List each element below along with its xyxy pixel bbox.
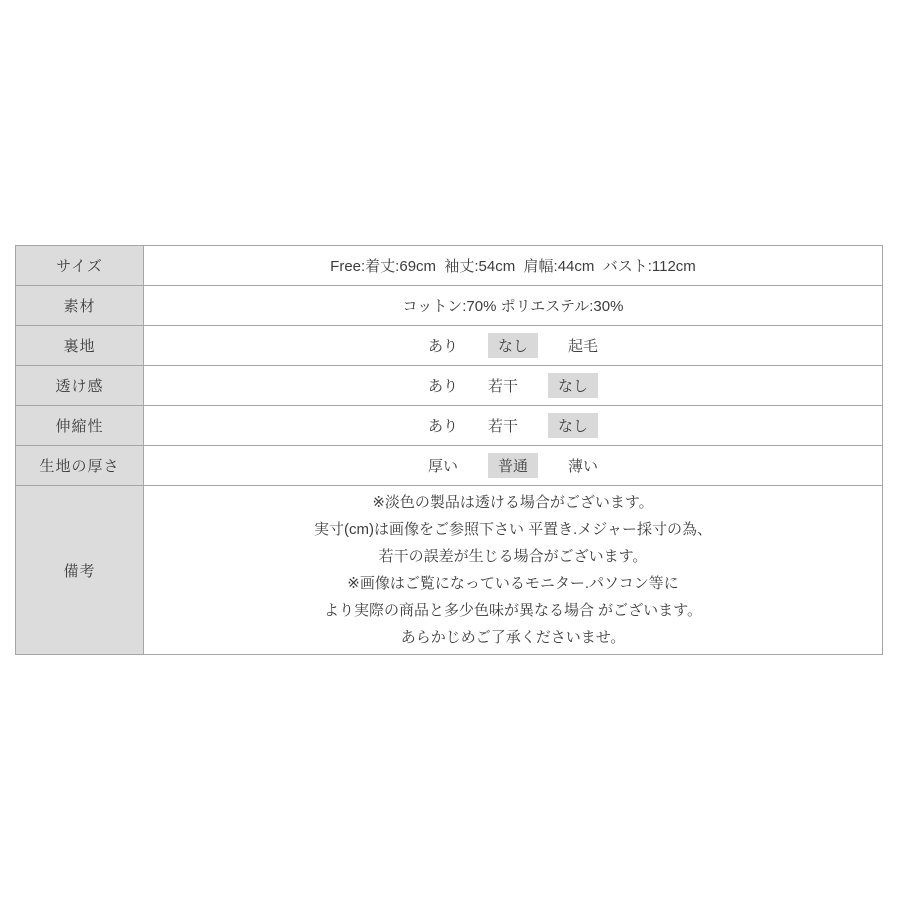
- sheerness-option-yes: あり: [428, 375, 458, 396]
- size-label: サイズ: [16, 246, 144, 285]
- notes-label: 備考: [16, 486, 144, 654]
- spec-row-size: サイズ Free:着丈:69cm 袖丈:54cm 肩幅:44cm バスト:112…: [16, 246, 882, 285]
- sheerness-options: あり 若干 なし: [144, 366, 882, 405]
- notes-value: ※淡色の製品は透ける場合がございます。 実寸(cm)は画像をご参照下さい 平置き…: [144, 486, 882, 654]
- material-value: コットン:70% ポリエステル:30%: [144, 286, 882, 325]
- thickness-option-thick: 厚い: [428, 455, 458, 476]
- stretch-label: 伸縮性: [16, 406, 144, 445]
- note-line-4: ※画像はご覧になっているモニター.パソコン等に: [347, 570, 678, 597]
- product-spec-table: サイズ Free:着丈:69cm 袖丈:54cm 肩幅:44cm バスト:112…: [15, 245, 883, 655]
- spec-row-sheerness: 透け感 あり 若干 なし: [16, 365, 882, 405]
- spec-row-thickness: 生地の厚さ 厚い 普通 薄い: [16, 445, 882, 485]
- thickness-option-normal: 普通: [488, 453, 538, 478]
- product-spec-page: サイズ Free:着丈:69cm 袖丈:54cm 肩幅:44cm バスト:112…: [0, 0, 900, 900]
- spec-row-stretch: 伸縮性 あり 若干 なし: [16, 405, 882, 445]
- thickness-option-thin: 薄い: [568, 455, 598, 476]
- sheerness-label: 透け感: [16, 366, 144, 405]
- spec-row-lining: 裏地 あり なし 起毛: [16, 325, 882, 365]
- note-line-6: あらかじめご了承くださいませ。: [401, 624, 626, 651]
- lining-option-yes: あり: [428, 335, 458, 356]
- note-line-2: 実寸(cm)は画像をご参照下さい 平置き.メジャー採寸の為、: [314, 516, 712, 543]
- lining-option-brushed: 起毛: [568, 335, 598, 356]
- stretch-option-none: なし: [548, 413, 598, 438]
- material-label: 素材: [16, 286, 144, 325]
- sheerness-option-none: なし: [548, 373, 598, 398]
- spec-row-notes: 備考 ※淡色の製品は透ける場合がございます。 実寸(cm)は画像をご参照下さい …: [16, 485, 882, 654]
- thickness-options: 厚い 普通 薄い: [144, 446, 882, 485]
- note-line-1: ※淡色の製品は透ける場合がございます。: [372, 489, 653, 516]
- lining-options: あり なし 起毛: [144, 326, 882, 365]
- note-line-5: より実際の商品と多少色味が異なる場合 がございます。: [324, 597, 702, 624]
- stretch-option-yes: あり: [428, 415, 458, 436]
- spec-row-material: 素材 コットン:70% ポリエステル:30%: [16, 285, 882, 325]
- note-line-3: 若干の誤差が生じる場合がございます。: [379, 543, 648, 570]
- sheerness-option-slight: 若干: [488, 375, 518, 396]
- stretch-options: あり 若干 なし: [144, 406, 882, 445]
- lining-label: 裏地: [16, 326, 144, 365]
- lining-option-none: なし: [488, 333, 538, 358]
- thickness-label: 生地の厚さ: [16, 446, 144, 485]
- size-value: Free:着丈:69cm 袖丈:54cm 肩幅:44cm バスト:112cm: [144, 246, 882, 285]
- stretch-option-slight: 若干: [488, 415, 518, 436]
